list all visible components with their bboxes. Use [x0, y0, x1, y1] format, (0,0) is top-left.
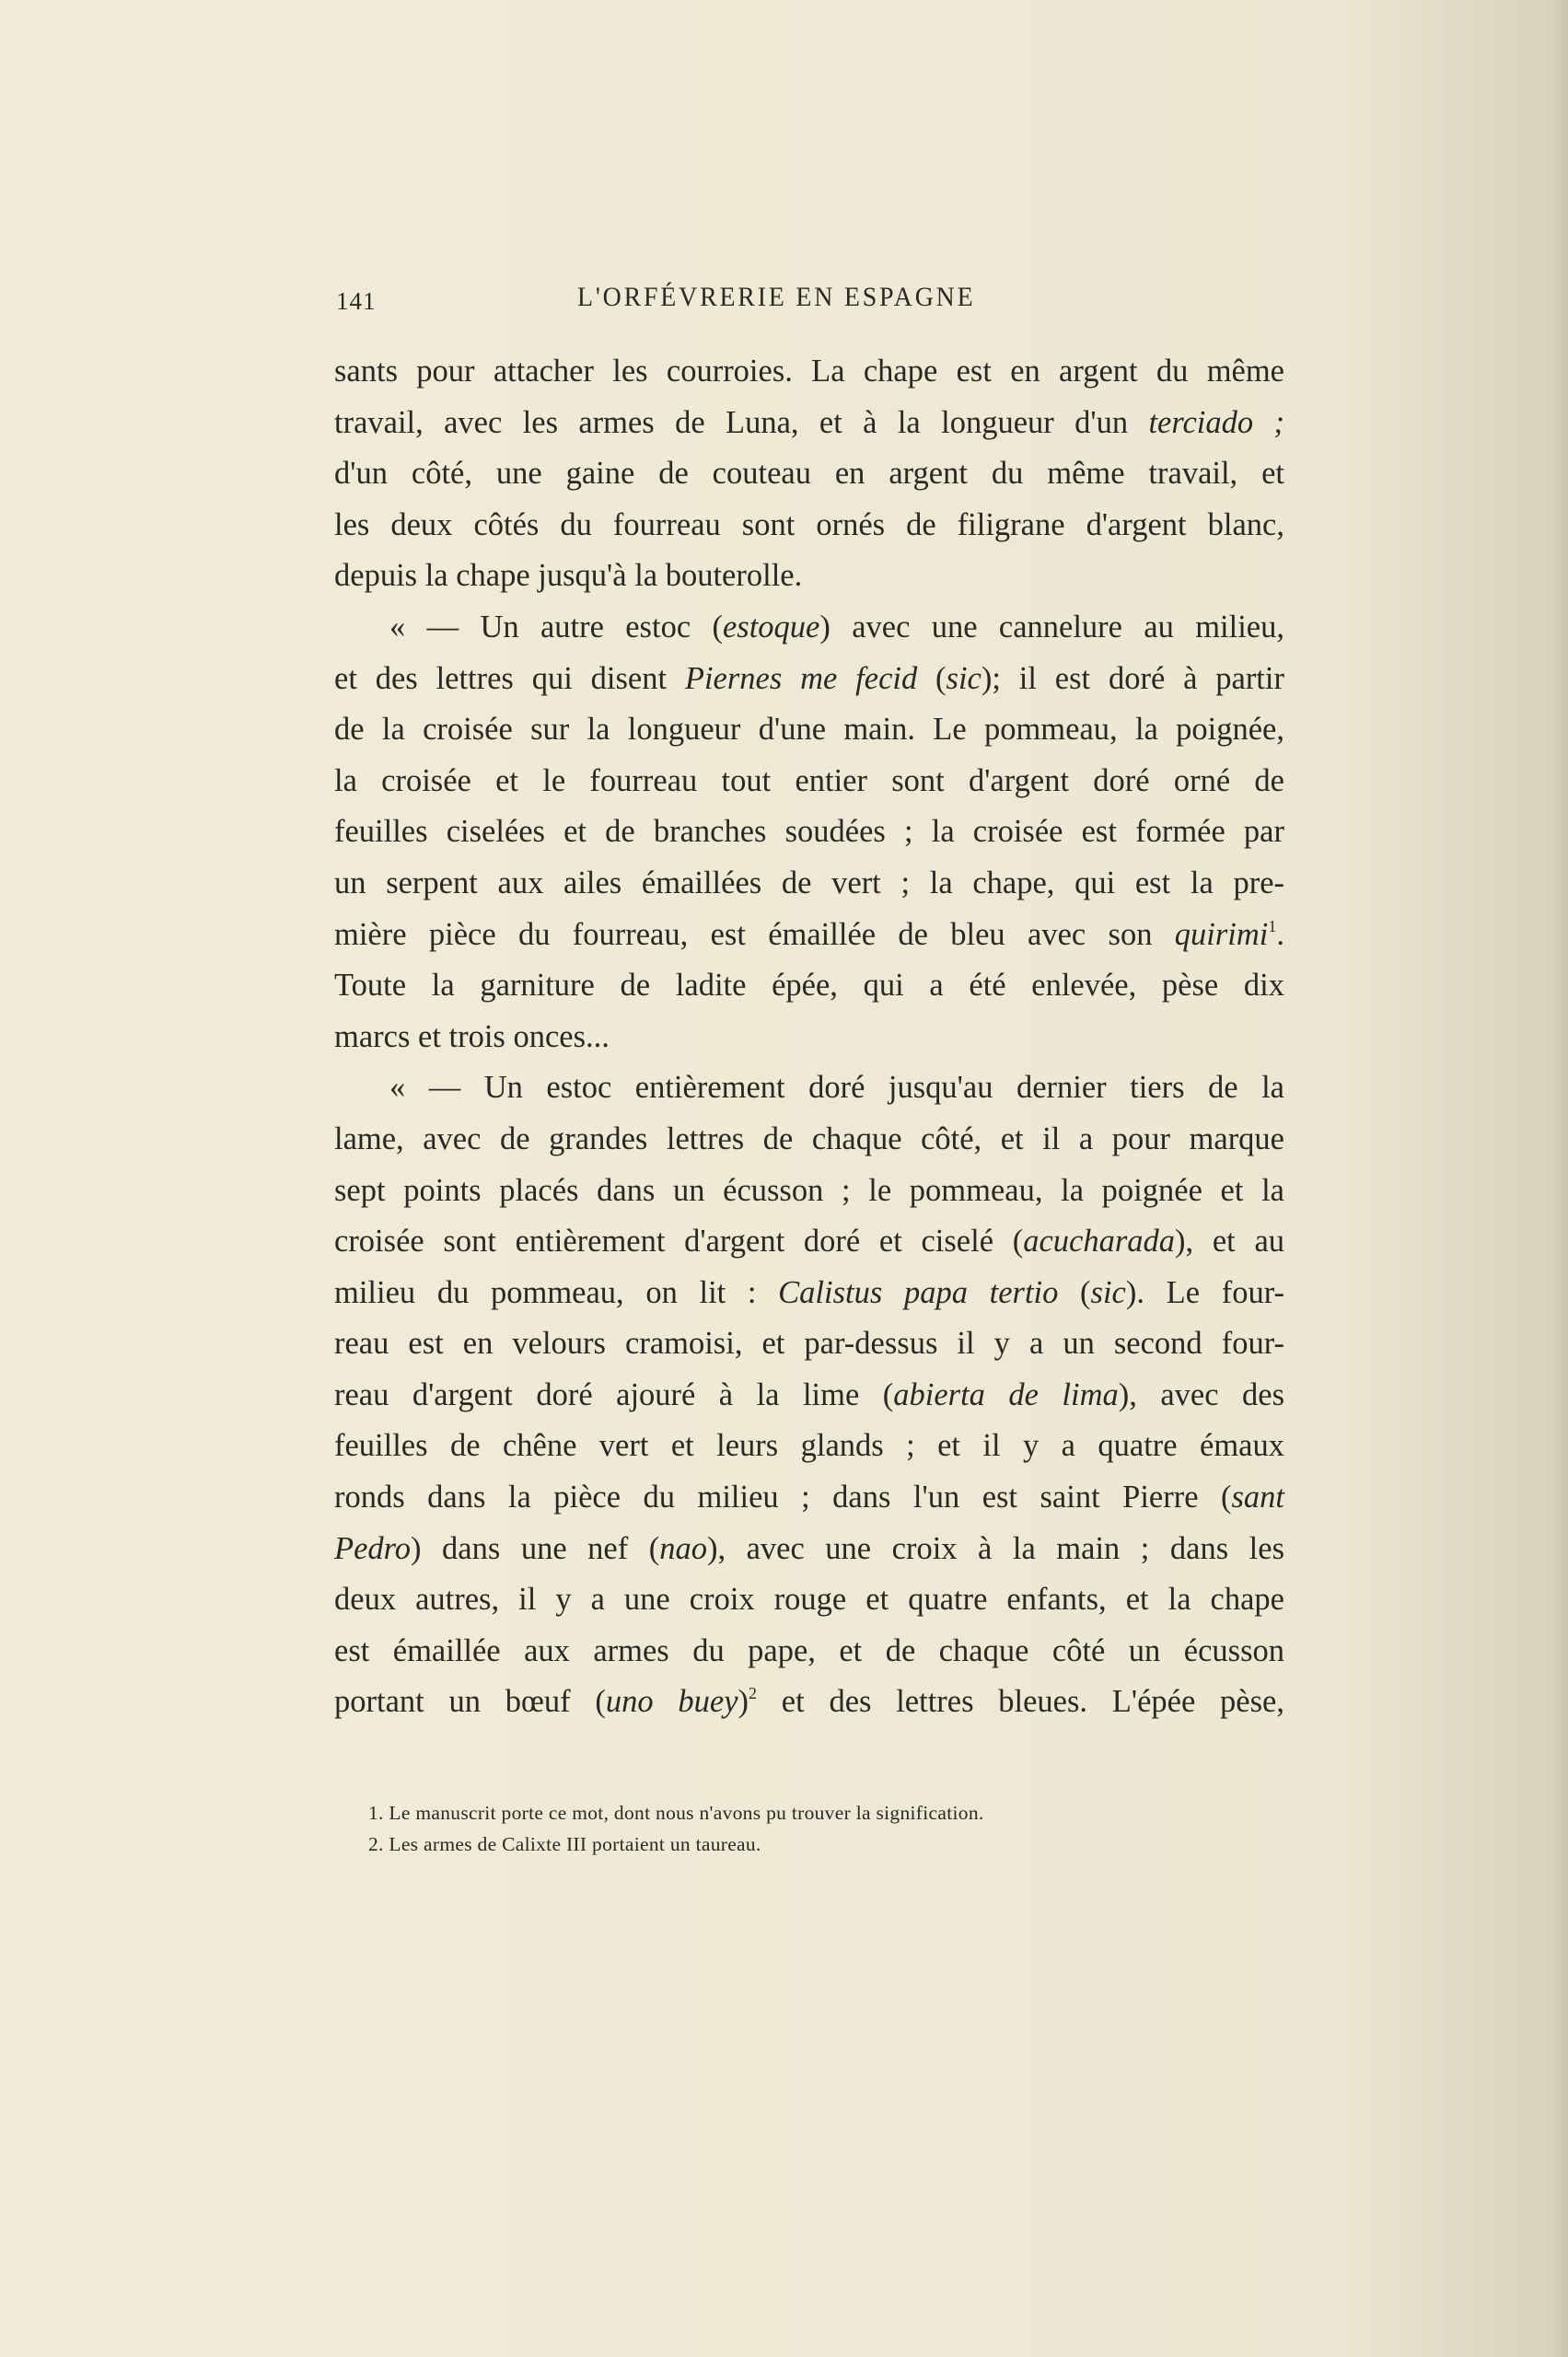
- footnote-text: Les armes de Calixte III portaient un ta…: [389, 1833, 761, 1855]
- text-line: marcs et trois onces...: [334, 1012, 1284, 1063]
- text-run: ronds dans la pièce du milieu ; dans l'u…: [334, 1480, 1231, 1515]
- text-line: reau est en velours cramoisi, et par-des…: [334, 1318, 1284, 1370]
- page-number: 141: [336, 287, 377, 316]
- italic-term: Piernes me fecid: [685, 661, 917, 696]
- italic-term: acucharada: [1023, 1224, 1175, 1259]
- text-run: marcs et trois onces...: [334, 1019, 610, 1054]
- text-line: reau d'argent doré ajouré à la lime (abi…: [334, 1370, 1284, 1422]
- footnote-text: Le manuscrit porte ce mot, dont nous n'a…: [389, 1802, 983, 1824]
- italic-term: Pedro: [334, 1531, 411, 1566]
- text-run: ) dans une nef (: [411, 1531, 659, 1566]
- text-run: et des lettres bleues. L'épée pèse,: [757, 1684, 1284, 1719]
- text-run: ), avec des: [1119, 1377, 1284, 1412]
- text-line: un serpent aux ailes émaillées de vert ;…: [334, 858, 1284, 910]
- text-line: d'un côté, une gaine de couteau en argen…: [334, 448, 1284, 500]
- footnotes: 1. Le manuscrit porte ce mot, dont nous …: [368, 1797, 1197, 1860]
- text-run: ), avec une croix à la main ; dans les: [707, 1531, 1284, 1566]
- text-line: milieu du pommeau, on lit : Calistus pap…: [334, 1268, 1284, 1319]
- text-run: sants pour attacher les courroies. La ch…: [334, 354, 1284, 389]
- italic-term: nao: [659, 1531, 707, 1566]
- text-line: sants pour attacher les courroies. La ch…: [334, 346, 1284, 398]
- text-line: deux autres, il y a une croix rouge et q…: [334, 1574, 1284, 1626]
- text-line: la croisée et le fourreau tout entier so…: [334, 756, 1284, 807]
- text-run: ). Le four-: [1126, 1275, 1284, 1310]
- text-run: un serpent aux ailes émaillées de vert ;…: [334, 865, 1284, 900]
- body-text: sants pour attacher les courroies. La ch…: [334, 346, 1284, 1728]
- text-run: ); il est doré à partir: [981, 661, 1284, 696]
- text-line: et des lettres qui disent Piernes me fec…: [334, 654, 1284, 705]
- text-line: sept points placés dans un écusson ; le …: [334, 1166, 1284, 1217]
- running-title: L'ORFÉVRERIE EN ESPAGNE: [577, 282, 975, 313]
- footnote-number: 2.: [368, 1833, 389, 1855]
- italic-term: estoque: [723, 610, 819, 644]
- text-run: (: [1058, 1275, 1090, 1310]
- text-run: « — Un estoc entièrement doré jusqu'au d…: [389, 1070, 1284, 1105]
- text-line: est émaillée aux armes du pape, et de ch…: [334, 1626, 1284, 1678]
- text-line: « — Un estoc entièrement doré jusqu'au d…: [334, 1062, 1284, 1114]
- text-line: mière pièce du fourreau, est émaillée de…: [334, 910, 1284, 961]
- text-run: est émaillée aux armes du pape, et de ch…: [334, 1633, 1284, 1668]
- text-line: croisée sont entièrement d'argent doré e…: [334, 1216, 1284, 1268]
- text-run: milieu du pommeau, on lit :: [334, 1275, 778, 1310]
- text-run: feuilles ciselées et de branches soudées…: [334, 814, 1284, 849]
- italic-term: quirimi: [1175, 917, 1269, 952]
- text-line: lame, avec de grandes lettres de chaque …: [334, 1114, 1284, 1166]
- text-run: croisée sont entièrement d'argent doré e…: [334, 1224, 1023, 1259]
- italic-term: abierta de lima: [893, 1377, 1119, 1412]
- text-run: deux autres, il y a une croix rouge et q…: [334, 1582, 1284, 1617]
- text-run: ), et au: [1175, 1224, 1284, 1259]
- text-run: la croisée et le fourreau tout entier so…: [334, 763, 1284, 798]
- text-line: ronds dans la pièce du milieu ; dans l'u…: [334, 1472, 1284, 1524]
- text-run: portant un bœuf (: [334, 1684, 606, 1719]
- text-line: Toute la garniture de ladite épée, qui a…: [334, 960, 1284, 1012]
- italic-term: sant: [1231, 1480, 1284, 1515]
- text-line: depuis la chape jusqu'à la bouterolle.: [334, 551, 1284, 602]
- italic-term: sic: [947, 661, 981, 696]
- footnote-ref: 2: [749, 1684, 757, 1702]
- text-run: « — Un autre estoc (: [389, 610, 723, 644]
- running-head: 141 L'ORFÉVRERIE EN ESPAGNE: [336, 282, 1284, 328]
- text-run: et des lettres qui disent: [334, 661, 685, 696]
- italic-term: terciado ;: [1148, 405, 1284, 440]
- text-line: « — Un autre estoc (estoque) avec une ca…: [334, 602, 1284, 654]
- text-run: mière pièce du fourreau, est émaillée de…: [334, 917, 1175, 952]
- text-run: (: [917, 661, 946, 696]
- text-run: .: [1276, 917, 1284, 952]
- text-run: d'un côté, une gaine de couteau en argen…: [334, 456, 1284, 491]
- text-run: depuis la chape jusqu'à la bouterolle.: [334, 558, 802, 593]
- text-run: travail, avec les armes de Luna, et à la…: [334, 405, 1148, 440]
- footnote: 1. Le manuscrit porte ce mot, dont nous …: [368, 1797, 1197, 1829]
- text-line: travail, avec les armes de Luna, et à la…: [334, 398, 1284, 449]
- text-run: sept points placés dans un écusson ; le …: [334, 1173, 1284, 1208]
- italic-term: sic: [1091, 1275, 1126, 1310]
- text-run: feuilles de chêne vert et leurs glands ;…: [334, 1428, 1284, 1463]
- text-run: lame, avec de grandes lettres de chaque …: [334, 1121, 1284, 1156]
- book-page: 141 L'ORFÉVRERIE EN ESPAGNE sants pour a…: [0, 0, 1568, 2357]
- italic-term: Calistus papa tertio: [778, 1275, 1058, 1310]
- text-line: de la croisée sur la longueur d'une main…: [334, 704, 1284, 756]
- text-run: de la croisée sur la longueur d'une main…: [334, 712, 1284, 747]
- text-line: les deux côtés du fourreau sont ornés de…: [334, 500, 1284, 552]
- text-run: reau d'argent doré ajouré à la lime (: [334, 1377, 893, 1412]
- text-run: ) avec une cannelure au milieu,: [819, 610, 1284, 644]
- text-line: feuilles de chêne vert et leurs glands ;…: [334, 1421, 1284, 1472]
- text-line: portant un bœuf (uno buey)2 et des lettr…: [334, 1677, 1284, 1728]
- footnote-number: 1.: [368, 1802, 389, 1824]
- text-run: Toute la garniture de ladite épée, qui a…: [334, 968, 1284, 1003]
- text-line: Pedro) dans une nef (nao), avec une croi…: [334, 1524, 1284, 1575]
- italic-term: uno buey: [606, 1684, 738, 1719]
- text-run: ): [738, 1684, 749, 1719]
- text-line: feuilles ciselées et de branches soudées…: [334, 807, 1284, 858]
- footnote: 2. Les armes de Calixte III portaient un…: [368, 1829, 1197, 1860]
- text-run: les deux côtés du fourreau sont ornés de…: [334, 507, 1284, 542]
- text-run: reau est en velours cramoisi, et par-des…: [334, 1326, 1284, 1361]
